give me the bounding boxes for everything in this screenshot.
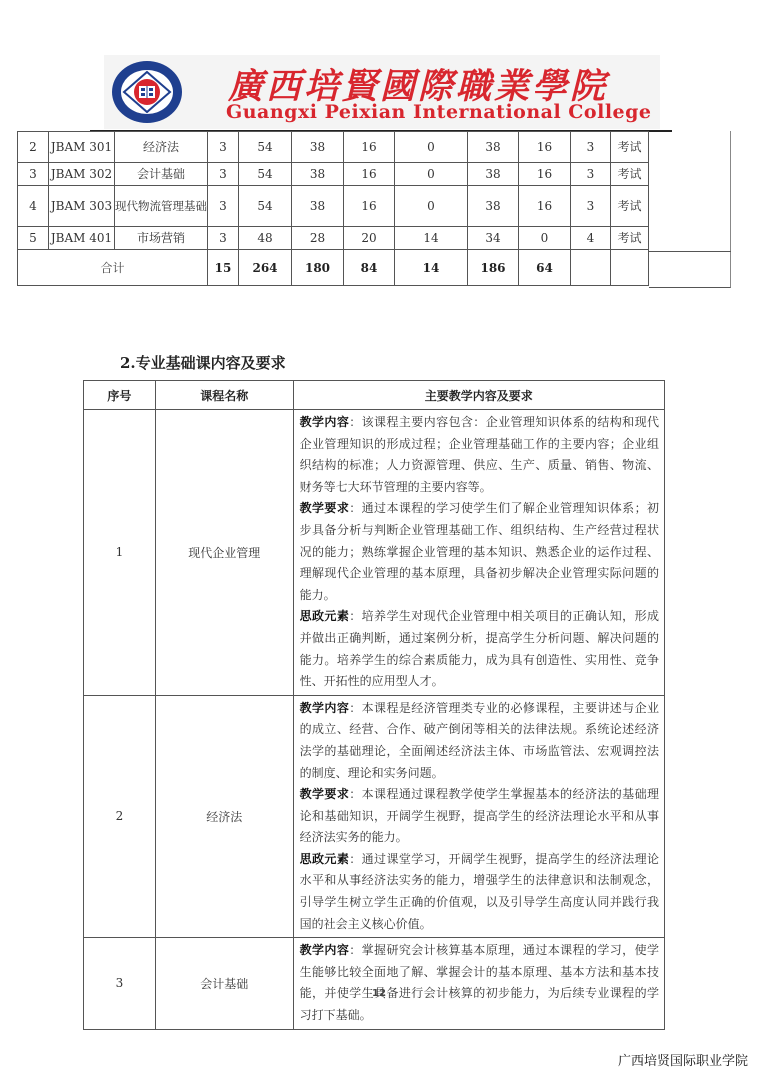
course-name: 会计基础 xyxy=(155,938,293,1029)
semester: 4 xyxy=(571,227,611,250)
content-text: ：掌握研究会计核算基本原理，通过本课程的学习，使学生能够比较全面地了解、掌握会计… xyxy=(300,943,659,1022)
course-name: 现代物流管理基础 xyxy=(115,186,208,227)
total-practice: 84 xyxy=(344,250,395,286)
college-logo-icon xyxy=(110,59,184,125)
college-name-en: Guangxi Peixian International College xyxy=(226,101,652,123)
credits: 3 xyxy=(208,227,239,250)
credits: 3 xyxy=(208,186,239,227)
hours-col-9: 38 xyxy=(468,163,519,186)
course-content: 教学内容：掌握研究会计核算基本原理，通过本课程的学习，使学生能够比较全面地了解、… xyxy=(293,938,664,1029)
course-no: 2 xyxy=(84,695,156,938)
course-hours-table: 2 JBAM 301 经济法 3 54 38 16 0 38 16 3 考试 3… xyxy=(17,131,649,286)
table-row: 3 会计基础 教学内容：掌握研究会计核算基本原理，通过本课程的学习，使学生能够比… xyxy=(84,938,665,1029)
theory-hours: 38 xyxy=(292,163,344,186)
practice-hours: 16 xyxy=(344,186,395,227)
table-row: 3 JBAM 302 会计基础 3 54 38 16 0 38 16 3 考试 xyxy=(18,163,649,186)
content-label: 教学内容 xyxy=(300,415,350,429)
ideology-paragraph: 思政元素：培养学生对现代企业管理中相关项目的正确认知，形成并做出正确判断，通过案… xyxy=(300,606,659,692)
course-content: 教学内容：该课程主要内容包含：企业管理知识体系的结构和现代企业管理知识的形成过程… xyxy=(293,410,664,696)
hours-col-10: 0 xyxy=(519,227,571,250)
requirement-paragraph: 教学要求：本课程通过课程教学使学生掌握基本的经济法的基础理论和基础知识，开阔学生… xyxy=(300,784,659,849)
practice-hours: 16 xyxy=(344,132,395,163)
hours-col-8: 0 xyxy=(395,132,468,163)
row-no: 5 xyxy=(18,227,49,250)
requirement-text: ：本课程通过课程教学使学生掌握基本的经济法的基础理论和基础知识，开阔学生视野，提… xyxy=(300,787,659,844)
row-no: 2 xyxy=(18,132,49,163)
requirement-paragraph: 教学要求：通过本课程的学习使学生们了解企业管理知识体系；初步具备分析与判断企业管… xyxy=(300,498,659,606)
content-text: ：本课程是经济管理类专业的必修课程，主要讲述与企业的成立、经营、合作、破产倒闭等… xyxy=(300,701,659,780)
content-label: 教学内容 xyxy=(300,701,350,715)
credits: 3 xyxy=(208,163,239,186)
course-code: JBAM 401 xyxy=(49,227,115,250)
college-banner: 廣西培賢國際職業學院 Guangxi Peixian International… xyxy=(104,55,660,129)
total-semester xyxy=(571,250,611,286)
assessment: 考试 xyxy=(611,163,649,186)
theory-hours: 38 xyxy=(292,186,344,227)
total-assessment xyxy=(611,250,649,286)
section-title: 2.专业基础课内容及要求 xyxy=(120,352,286,373)
semester: 3 xyxy=(571,163,611,186)
table-row: 4 JBAM 303 现代物流管理基础 3 54 38 16 0 38 16 3… xyxy=(18,186,649,227)
table-row: 2 JBAM 301 经济法 3 54 38 16 0 38 16 3 考试 xyxy=(18,132,649,163)
requirement-text: ：通过本课程的学习使学生们了解企业管理知识体系；初步具备分析与判断企业管理基础工… xyxy=(300,501,659,601)
header-no: 序号 xyxy=(84,381,156,410)
total-hours: 54 xyxy=(239,186,292,227)
course-code: JBAM 303 xyxy=(49,186,115,227)
course-name: 会计基础 xyxy=(115,163,208,186)
total-hours: 54 xyxy=(239,132,292,163)
ideology-label: 思政元素 xyxy=(300,852,350,866)
total-col-10: 64 xyxy=(519,250,571,286)
practice-hours: 20 xyxy=(344,227,395,250)
requirement-label: 教学要求 xyxy=(300,787,350,801)
semester: 3 xyxy=(571,186,611,227)
row-no: 4 xyxy=(18,186,49,227)
table-extra-column xyxy=(649,131,731,288)
page-number: 12 xyxy=(372,988,386,999)
course-name: 市场营销 xyxy=(115,227,208,250)
theory-hours: 38 xyxy=(292,132,344,163)
course-no: 3 xyxy=(84,938,156,1029)
header-name: 课程名称 xyxy=(155,381,293,410)
assessment: 考试 xyxy=(611,227,649,250)
course-code: JBAM 301 xyxy=(49,132,115,163)
practice-hours: 16 xyxy=(344,163,395,186)
ideology-paragraph: 思政元素：通过课堂学习，开阔学生视野，提高学生的经济法理论水平和从事经济法实务的… xyxy=(300,849,659,935)
total-credits: 15 xyxy=(208,250,239,286)
total-row: 合计 15 264 180 84 14 186 64 xyxy=(18,250,649,286)
total-col-8: 14 xyxy=(395,250,468,286)
content-text: ：该课程主要内容包含：企业管理知识体系的结构和现代企业管理知识的形成过程；企业管… xyxy=(300,415,659,494)
total-label: 合计 xyxy=(18,250,208,286)
course-code: JBAM 302 xyxy=(49,163,115,186)
hours-col-9: 38 xyxy=(468,186,519,227)
course-name: 经济法 xyxy=(155,695,293,938)
credits: 3 xyxy=(208,132,239,163)
course-content-table: 序号 课程名称 主要教学内容及要求 1 现代企业管理 教学内容：该课程主要内容包… xyxy=(83,380,665,1030)
table-header-row: 序号 课程名称 主要教学内容及要求 xyxy=(84,381,665,410)
hours-col-9: 34 xyxy=(468,227,519,250)
hours-col-8: 0 xyxy=(395,186,468,227)
content-paragraph: 教学内容：本课程是经济管理类专业的必修课程，主要讲述与企业的成立、经营、合作、破… xyxy=(300,698,659,784)
content-paragraph: 教学内容：该课程主要内容包含：企业管理知识体系的结构和现代企业管理知识的形成过程… xyxy=(300,412,659,498)
assessment: 考试 xyxy=(611,186,649,227)
row-no: 3 xyxy=(18,163,49,186)
course-no: 1 xyxy=(84,410,156,696)
assessment: 考试 xyxy=(611,132,649,163)
table-extra-divider xyxy=(649,251,731,252)
footer-college-name: 广西培贤国际职业学院 xyxy=(618,1050,748,1069)
total-theory: 180 xyxy=(292,250,344,286)
hours-col-10: 16 xyxy=(519,132,571,163)
table-row: 2 经济法 教学内容：本课程是经济管理类专业的必修课程，主要讲述与企业的成立、经… xyxy=(84,695,665,938)
content-label: 教学内容 xyxy=(300,943,350,957)
hours-col-8: 0 xyxy=(395,163,468,186)
content-paragraph: 教学内容：掌握研究会计核算基本原理，通过本课程的学习，使学生能够比较全面地了解、… xyxy=(300,940,659,1026)
total-hours: 54 xyxy=(239,163,292,186)
table-row: 1 现代企业管理 教学内容：该课程主要内容包含：企业管理知识体系的结构和现代企业… xyxy=(84,410,665,696)
total-col-9: 186 xyxy=(468,250,519,286)
ideology-label: 思政元素 xyxy=(300,609,350,623)
course-name: 现代企业管理 xyxy=(155,410,293,696)
course-name: 经济法 xyxy=(115,132,208,163)
ideology-text: ：通过课堂学习，开阔学生视野，提高学生的经济法理论水平和从事经济法实务的能力，增… xyxy=(300,852,659,931)
header-content: 主要教学内容及要求 xyxy=(293,381,664,410)
hours-col-10: 16 xyxy=(519,186,571,227)
semester: 3 xyxy=(571,132,611,163)
theory-hours: 28 xyxy=(292,227,344,250)
requirement-label: 教学要求 xyxy=(300,501,350,515)
total-hours: 48 xyxy=(239,227,292,250)
ideology-text: ：培养学生对现代企业管理中相关项目的正确认知，形成并做出正确判断，通过案例分析，… xyxy=(300,609,659,688)
table-row: 5 JBAM 401 市场营销 3 48 28 20 14 34 0 4 考试 xyxy=(18,227,649,250)
total-hours-sum: 264 xyxy=(239,250,292,286)
hours-col-10: 16 xyxy=(519,163,571,186)
course-content: 教学内容：本课程是经济管理类专业的必修课程，主要讲述与企业的成立、经营、合作、破… xyxy=(293,695,664,938)
hours-col-8: 14 xyxy=(395,227,468,250)
hours-col-9: 38 xyxy=(468,132,519,163)
